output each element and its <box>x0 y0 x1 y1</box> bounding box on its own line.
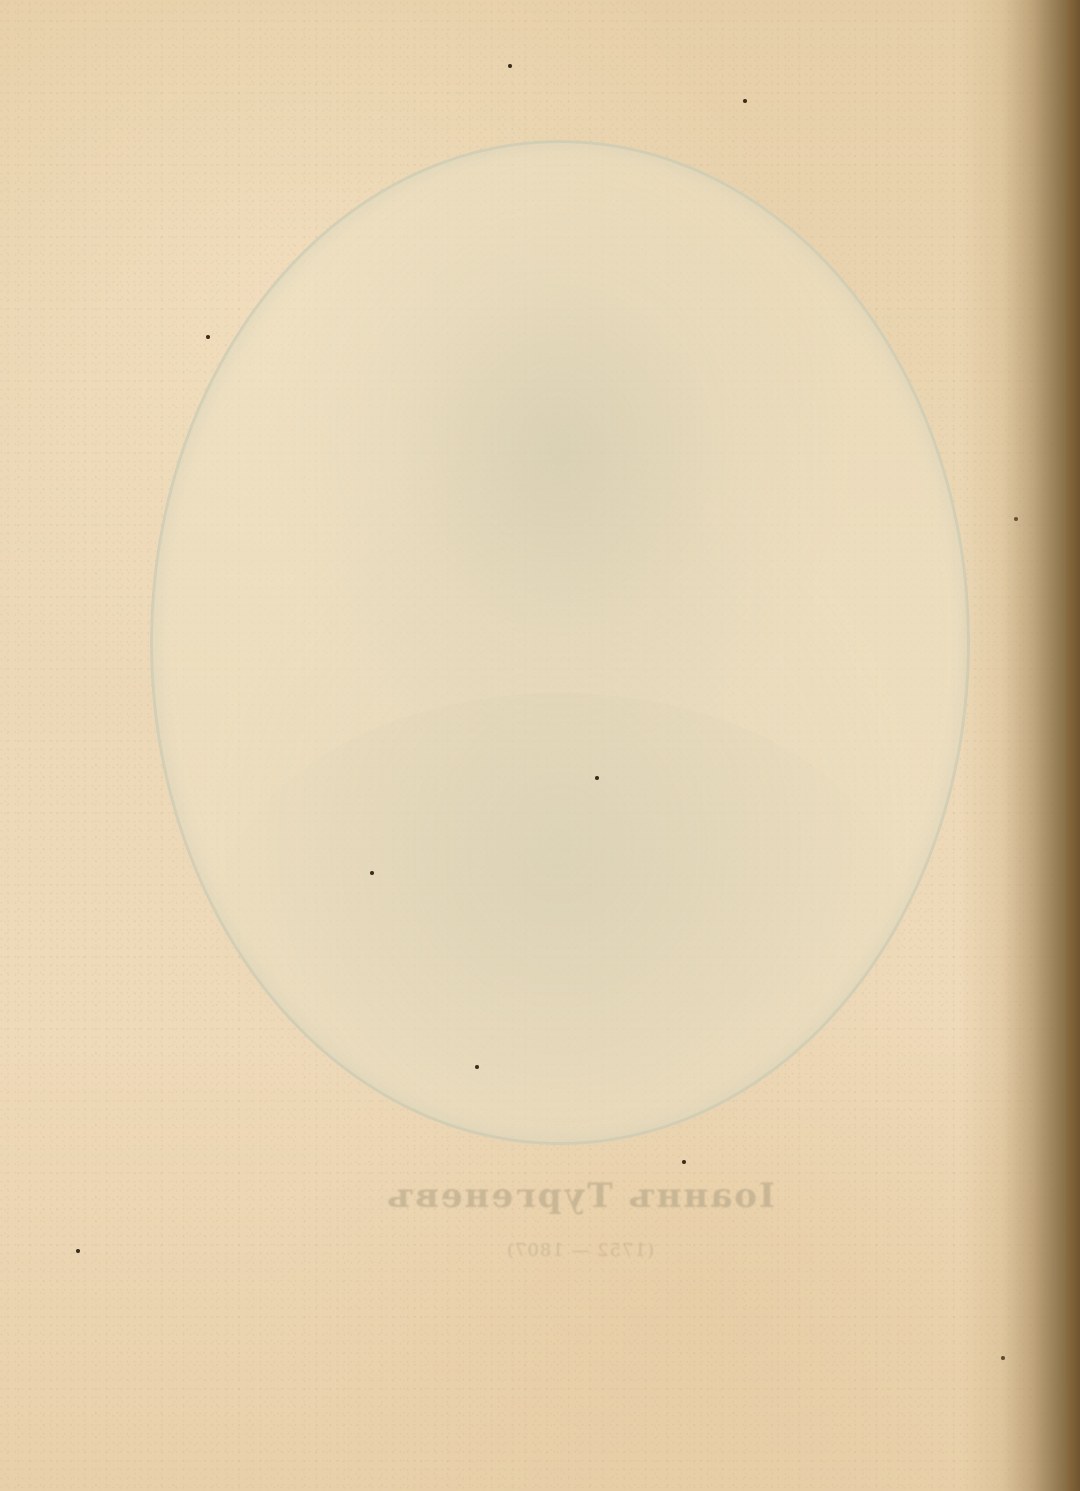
portrait-caption-title: Іоаннъ Тургеневъ <box>40 1176 1080 1216</box>
gutter-shadow <box>960 0 1080 1491</box>
paper-speck <box>595 776 599 780</box>
gutter-edge <box>1066 0 1080 1491</box>
paper-speck <box>508 64 512 68</box>
portrait-oval-show-through <box>150 140 970 1145</box>
portrait-face-shade <box>396 281 724 643</box>
paper-speck <box>1001 1356 1005 1360</box>
portrait-shoulder-shade <box>216 693 905 1145</box>
paper-speck <box>370 871 374 875</box>
paper-speck <box>206 335 210 339</box>
paper-speck <box>1014 517 1018 521</box>
paper-speck <box>682 1160 686 1164</box>
portrait-caption-subtitle: (1752 — 1807) <box>40 1240 1080 1261</box>
paper-speck <box>475 1065 479 1069</box>
paper-speck <box>743 99 747 103</box>
scanned-page: Іоаннъ Тургеневъ (1752 — 1807) <box>0 0 1080 1491</box>
paper-speck <box>76 1249 80 1253</box>
